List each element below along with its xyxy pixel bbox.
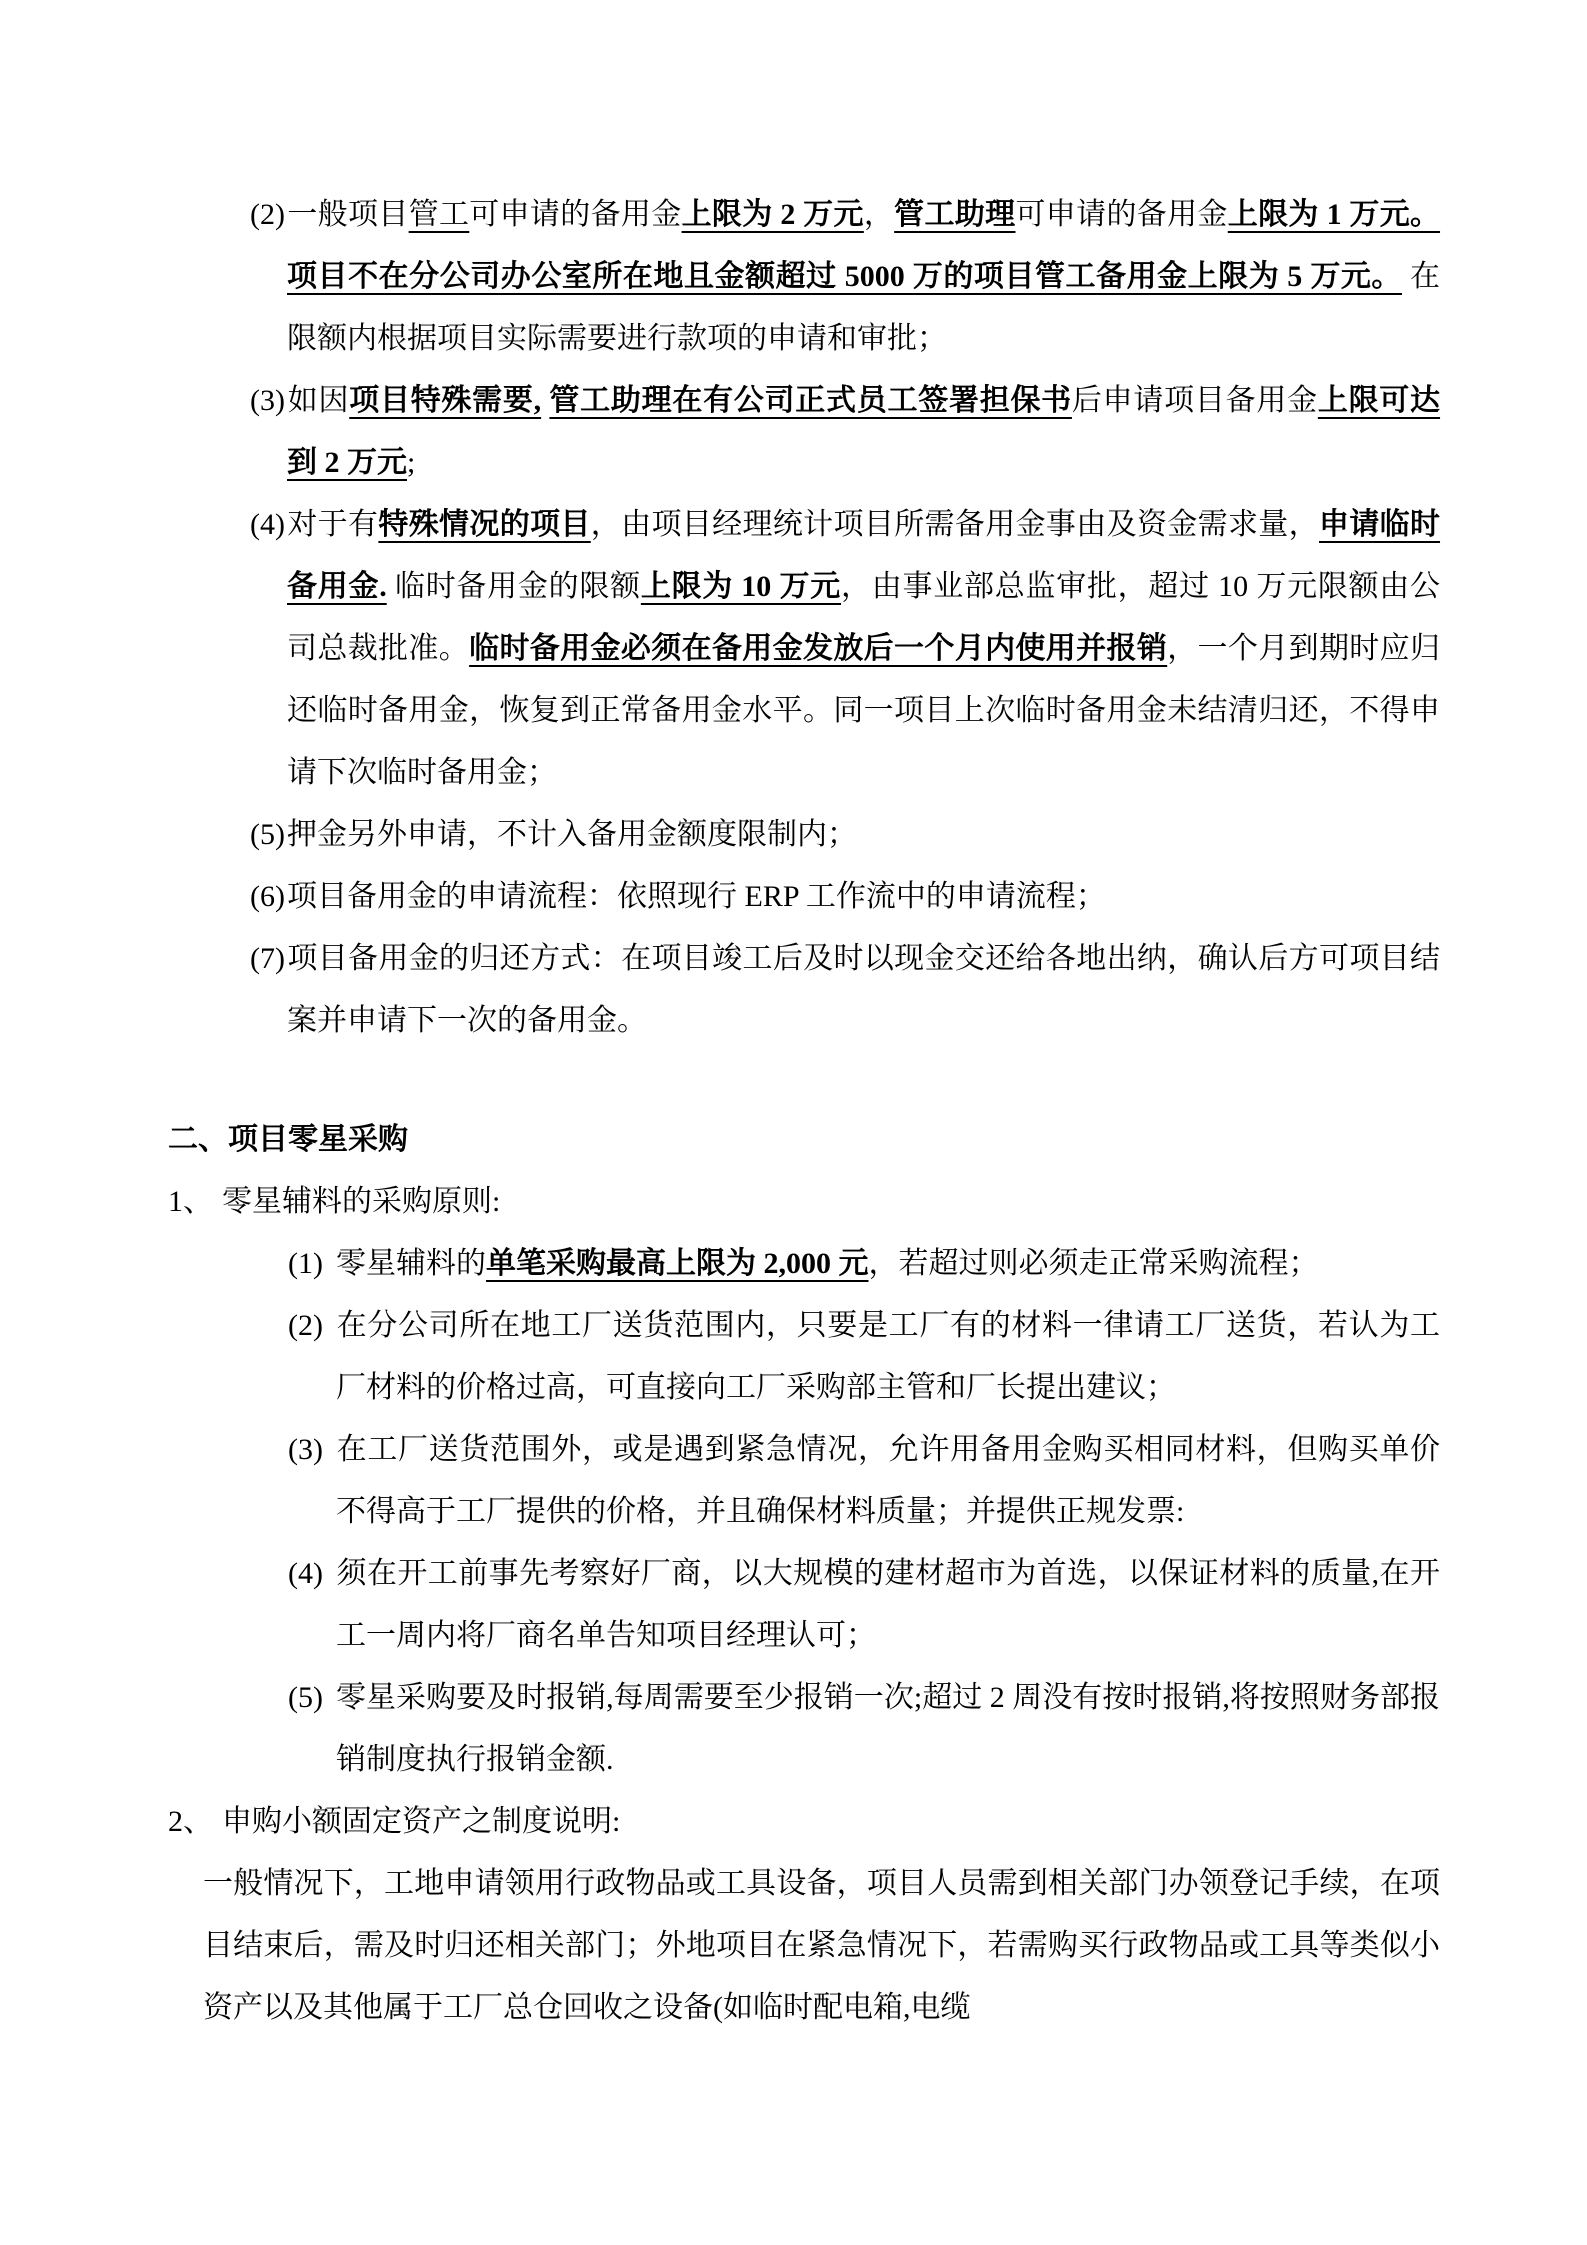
list-marker: (6) xyxy=(250,866,287,928)
text-run: 项目不在分公司办公室所在地且金额超过 5000 万的项目管工备用金上限为 5 万… xyxy=(287,260,1402,293)
list-item-4: (4)须在开工前事先考察好厂商，以大规模的建材超市为首选，以保证材料的质量,在开… xyxy=(336,1543,1440,1667)
text-run: 可申请的备用金 xyxy=(469,198,681,231)
list-marker: (1) xyxy=(288,1233,336,1295)
list-marker: (3) xyxy=(250,370,287,432)
text-run: 在分公司所在地工厂送货范围内，只要是工厂有的材料一律请工厂送货，若认为工厂材料的… xyxy=(336,1309,1440,1404)
text-run: 零星辅料的 xyxy=(336,1247,486,1280)
text-run: 上限为 1 万元。 xyxy=(1228,198,1440,231)
text-run: 上限为 2 万元 xyxy=(682,198,864,231)
list-marker: (7) xyxy=(250,928,287,990)
list-item-2: 2、申购小额固定资产之制度说明: xyxy=(222,1791,1440,1853)
text-run: 须在开工前事先考察好厂商，以大规模的建材超市为首选，以保证材料的质量,在开工一周… xyxy=(336,1557,1440,1652)
text-run: ，由项目经理统计项目所需备用金事由及资金需求量， xyxy=(591,508,1319,541)
list-marker: (2) xyxy=(288,1295,336,1357)
list-marker: 1、 xyxy=(168,1171,222,1233)
list-marker: (2) xyxy=(250,184,287,246)
list-marker: 2、 xyxy=(168,1791,222,1853)
document-page: (2)一般项目管工可申请的备用金上限为 2 万元，管工助理可申请的备用金上限为 … xyxy=(0,0,1587,2245)
text-run: 单笔采购最高上限为 2,000 元 xyxy=(486,1247,869,1280)
text-run: 管工助理 xyxy=(894,198,1015,231)
text-run: 对于有 xyxy=(287,508,378,541)
text-run: 项目备用金的归还方式：在项目竣工后及时以现金交还给各地出纳，确认后方可项目结案并… xyxy=(287,942,1440,1037)
list-marker: (5) xyxy=(250,804,287,866)
section-2-content: 1、零星辅料的采购原则:(1)零星辅料的单笔采购最高上限为 2,000 元，若超… xyxy=(0,1171,1587,2039)
text-run: 零星辅料的采购原则: xyxy=(222,1185,500,1218)
list-item-2: (2)一般项目管工可申请的备用金上限为 2 万元，管工助理可申请的备用金上限为 … xyxy=(287,184,1440,370)
list-item-7: (7)项目备用金的归还方式：在项目竣工后及时以现金交还给各地出纳，确认后方可项目… xyxy=(287,928,1440,1052)
text-run: 后申请项目备用金 xyxy=(1072,384,1318,417)
text-run: 在工厂送货范围外，或是遇到紧急情况，允许用备用金购买相同材料，但购买单价不得高于… xyxy=(336,1433,1440,1528)
list-marker: (4) xyxy=(288,1543,336,1605)
list-item-3: (3)在工厂送货范围外，或是遇到紧急情况，允许用备用金购买相同材料，但购买单价不… xyxy=(336,1419,1440,1543)
list-item-4: (4)对于有特殊情况的项目，由项目经理统计项目所需备用金事由及资金需求量，申请临… xyxy=(287,494,1440,804)
list-item-1: (1)零星辅料的单笔采购最高上限为 2,000 元，若超过则必须走正常采购流程； xyxy=(336,1233,1440,1295)
section-2-heading: 二、项目零星采购 xyxy=(168,1109,1587,1171)
text-run: 一般项目 xyxy=(287,198,409,231)
text-run: ，若超过则必须走正常采购流程； xyxy=(869,1247,1319,1280)
text-run: ; xyxy=(407,446,415,479)
text-run: ， xyxy=(864,198,894,231)
text-run: 临时备用金必须在备用金发放后一个月内使用并报销 xyxy=(469,632,1167,665)
text-run: 临时备用金的限额 xyxy=(387,570,641,603)
text-run: 一般情况下，工地申请领用行政物品或工具设备，项目人员需到相关部门办领登记手续，在… xyxy=(203,1867,1440,2024)
text-run: 管工助理在有公司正式员工签署担保书 xyxy=(549,384,1072,417)
text-run: 上限为 10 万元 xyxy=(641,570,841,603)
text-run: 特殊情况的项目 xyxy=(378,508,590,541)
list-marker: (4) xyxy=(250,494,287,556)
text-run: 零星采购要及时报销,每周需要至少报销一次;超过 2 周没有按时报销,将按照财务部… xyxy=(336,1681,1440,1776)
list-item-5: (5)零星采购要及时报销,每周需要至少报销一次;超过 2 周没有按时报销,将按照… xyxy=(336,1667,1440,1791)
text-run: 申购小额固定资产之制度说明: xyxy=(222,1805,620,1838)
list-item-1: 1、零星辅料的采购原则: xyxy=(222,1171,1440,1233)
list-item-6: (6)项目备用金的申请流程：依照现行 ERP 工作流中的申请流程； xyxy=(287,866,1440,928)
text-run: 押金另外申请，不计入备用金额度限制内； xyxy=(287,818,857,851)
text-run: 项目特殊需要, xyxy=(349,384,541,417)
list-item-2: (2)在分公司所在地工厂送货范围内，只要是工厂有的材料一律请工厂送货，若认为工厂… xyxy=(336,1295,1440,1419)
text-run: 如因 xyxy=(287,384,349,417)
text-run: 可申请的备用金 xyxy=(1015,198,1227,231)
list-item-3: (3)如因项目特殊需要, 管工助理在有公司正式员工签署担保书后申请项目备用金上限… xyxy=(287,370,1440,494)
list-marker: (5) xyxy=(288,1667,336,1729)
section-1-list: (2)一般项目管工可申请的备用金上限为 2 万元，管工助理可申请的备用金上限为 … xyxy=(0,184,1587,1052)
list-item-5: (5)押金另外申请，不计入备用金额度限制内； xyxy=(287,804,1440,866)
paragraph: 一般情况下，工地申请领用行政物品或工具设备，项目人员需到相关部门办领登记手续，在… xyxy=(203,1853,1440,2039)
text-run: 管工 xyxy=(409,198,470,231)
list-marker: (3) xyxy=(288,1419,336,1481)
text-run: 项目备用金的申请流程：依照现行 ERP 工作流中的申请流程； xyxy=(287,880,1106,913)
